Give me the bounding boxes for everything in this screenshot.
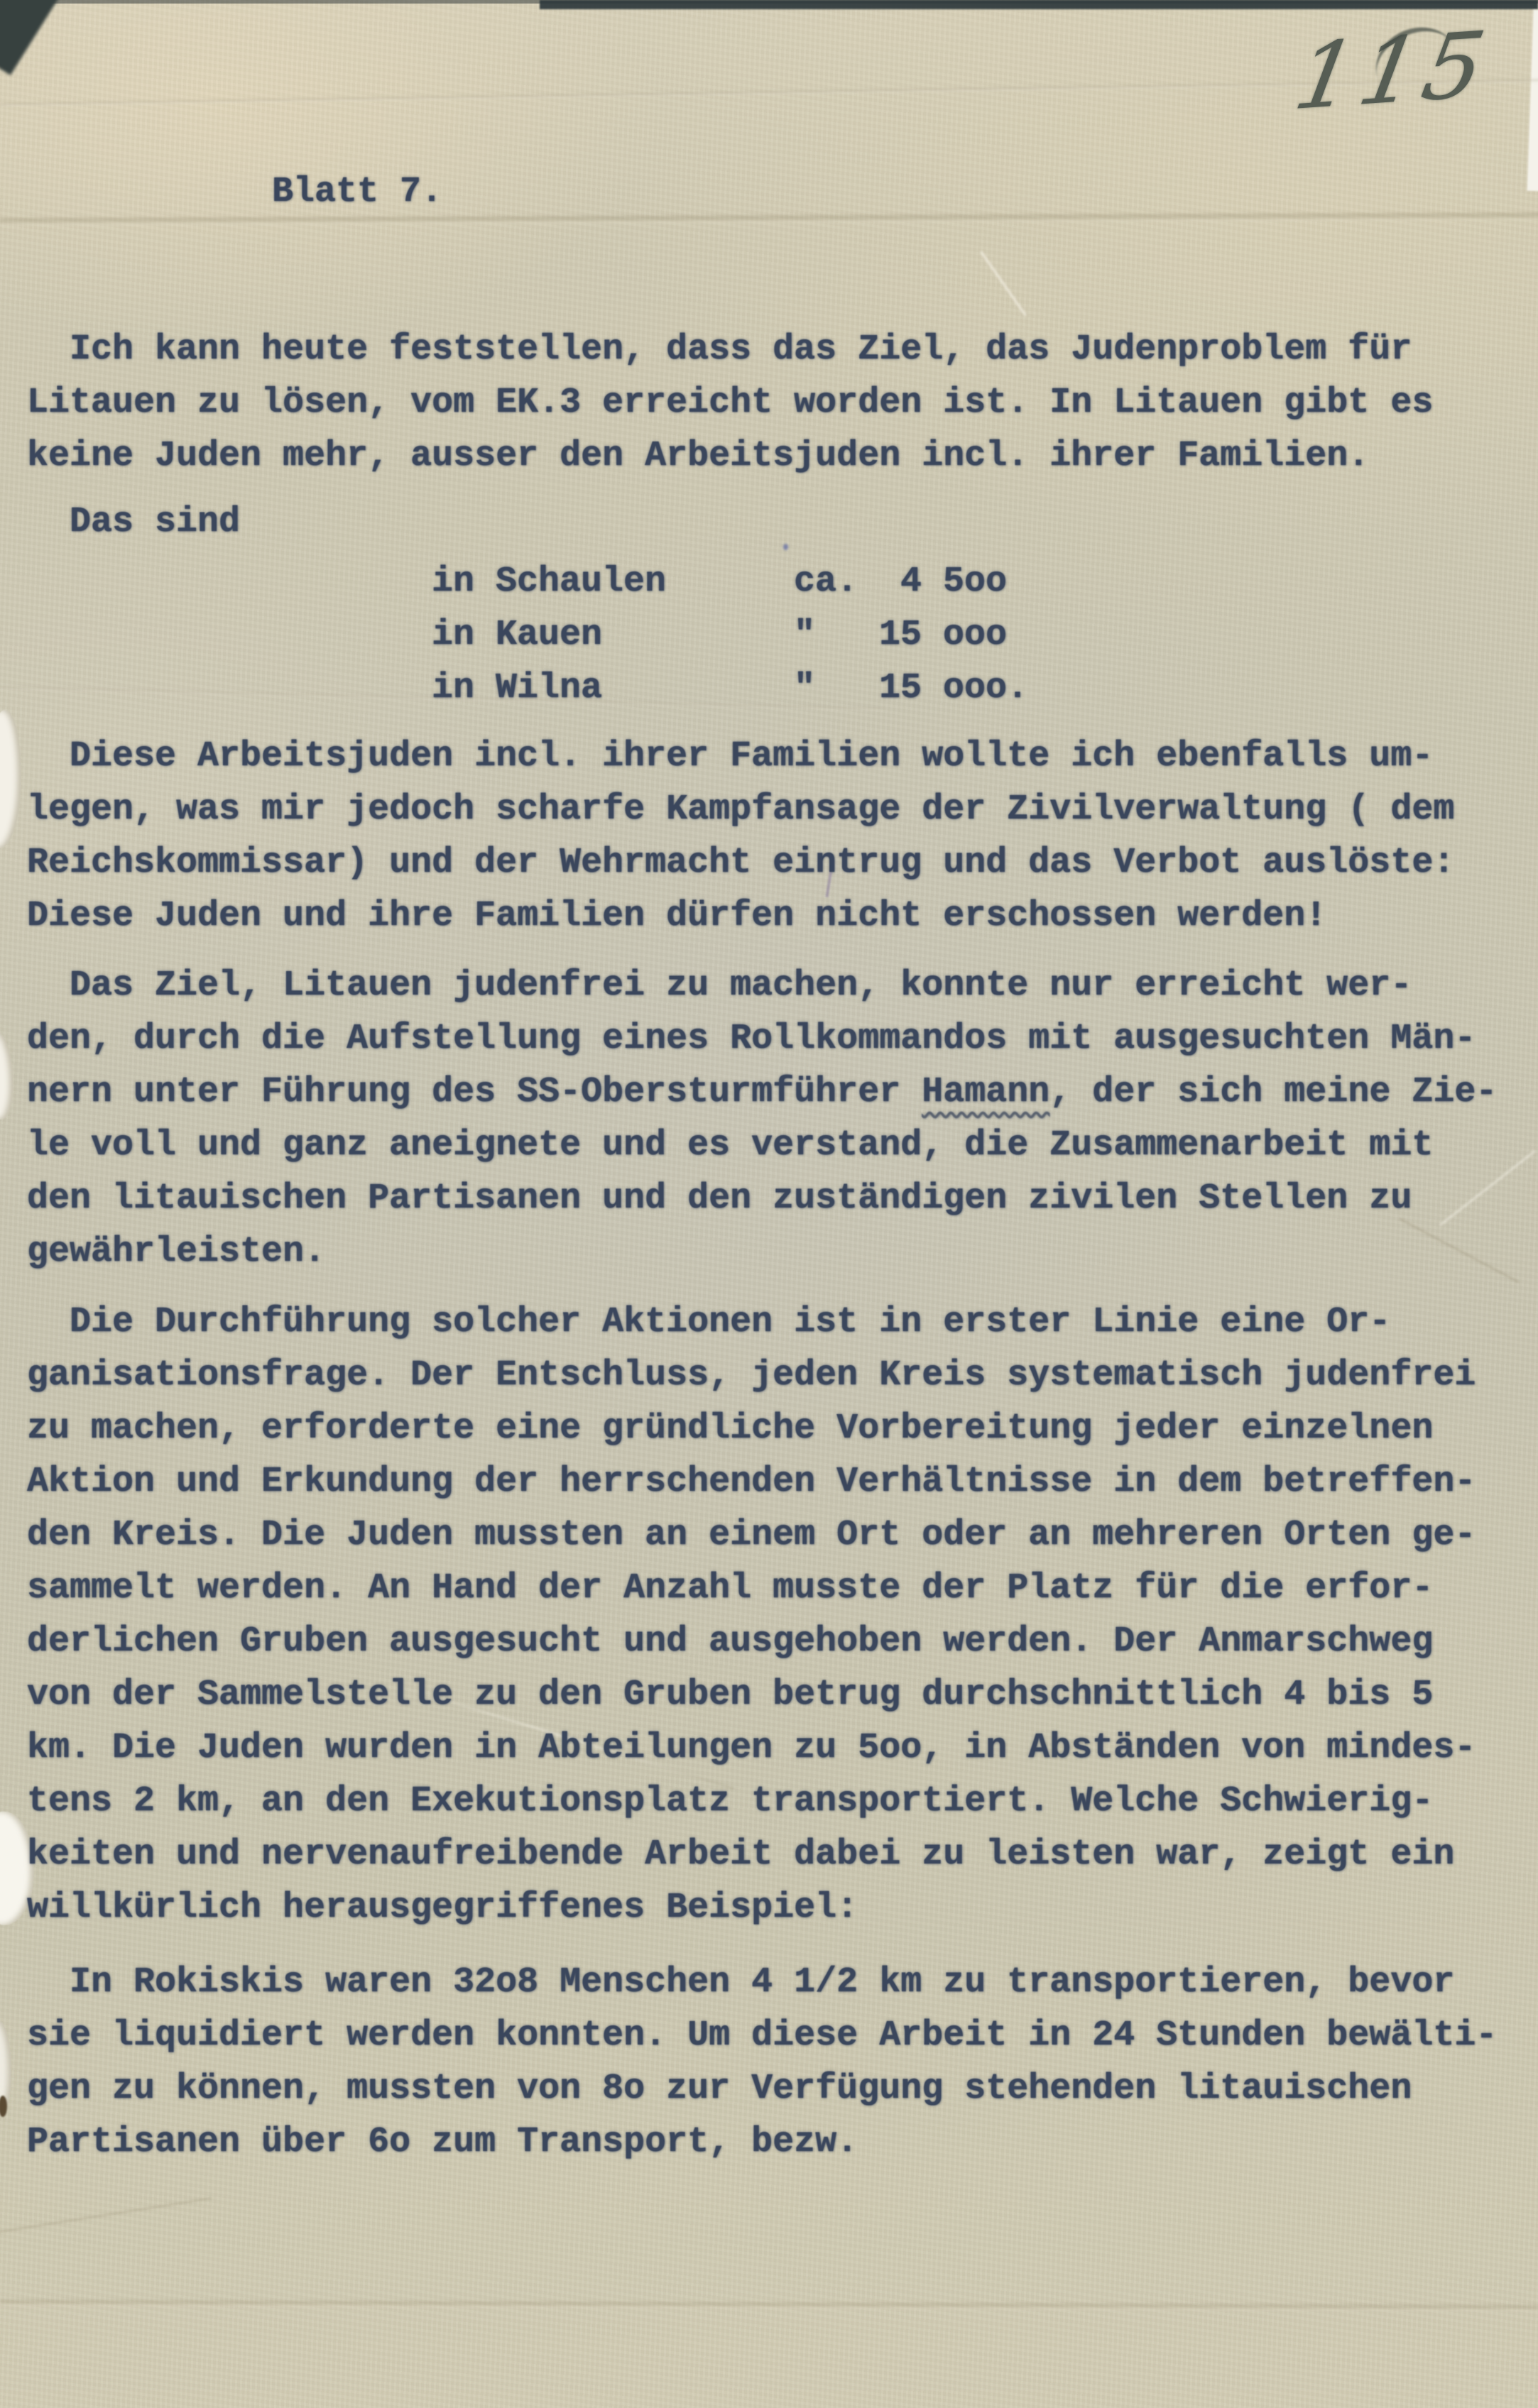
text-line: Diese Juden und ihre Familien dürfen nic… xyxy=(27,890,1538,943)
text-line: ganisationsfrage. Der Entschluss, jeden … xyxy=(27,1349,1538,1402)
text-line: Ich kann heute feststellen, dass das Zie… xyxy=(27,323,1538,376)
text-line: Das Ziel, Litauen judenfrei zu machen, k… xyxy=(27,959,1538,1012)
text-line: den Kreis. Die Juden mussten an einem Or… xyxy=(27,1509,1538,1562)
text-segment: nern unter Führung des SS-Obersturmführe… xyxy=(27,1072,922,1112)
text-segment: , der sich meine Zie- xyxy=(1049,1072,1497,1112)
place-cell: in Wilna xyxy=(432,662,794,715)
text-line: Aktion und Erkundung der herrschenden Ve… xyxy=(27,1455,1538,1509)
text-line: tens 2 km, an den Exekutionsplatz transp… xyxy=(27,1775,1538,1828)
qualifier-cell: " xyxy=(794,608,879,662)
text-line-with-underline: nern unter Führung des SS-Obersturmführe… xyxy=(27,1066,1538,1119)
text-line: Die Durchführung solcher Aktionen ist in… xyxy=(27,1296,1538,1349)
text-line: von der Sammelstelle zu den Gruben betru… xyxy=(27,1668,1538,1722)
jew-count-table: in Schaulen ca. 4 5oo in Kauen " 15 ooo … xyxy=(27,555,1538,715)
count-cell: 4 5oo xyxy=(879,555,1007,608)
text-line: den, durch die Aufstellung eines Rollkom… xyxy=(27,1012,1538,1066)
paragraph-rokiskis: In Rokiskis waren 32o8 Menschen 4 1/2 km… xyxy=(27,1956,1538,2169)
text-line: In Rokiskis waren 32o8 Menschen 4 1/2 km… xyxy=(27,1956,1538,2009)
text-line: km. Die Juden wurden in Abteilungen zu 5… xyxy=(27,1722,1538,1775)
qualifier-cell: " xyxy=(794,662,879,715)
text-line: sie liquidiert werden konnten. Um diese … xyxy=(27,2009,1538,2062)
text-line: sammelt werden. An Hand der Anzahl musst… xyxy=(27,1562,1538,1615)
table-intro-line: Das sind xyxy=(27,496,1538,549)
text-line: keine Juden mehr, ausser den Arbeitsjude… xyxy=(27,429,1538,483)
text-line: den litauischen Partisanen und den zustä… xyxy=(27,1172,1538,1225)
text-line: Partisanen über 6o zum Transport, bezw. xyxy=(27,2116,1538,2169)
text-line: Litauen zu lösen, vom EK.3 erreicht word… xyxy=(27,376,1538,429)
place-cell: in Schaulen xyxy=(432,555,794,608)
paragraph-summary: Ich kann heute feststellen, dass das Zie… xyxy=(27,323,1538,483)
text-line: gen zu können, mussten von 8o zur Verfüg… xyxy=(27,2062,1538,2116)
text-line: gewährleisten. xyxy=(27,1225,1538,1279)
paragraph-rollkommando: Das Ziel, Litauen judenfrei zu machen, k… xyxy=(27,959,1538,1279)
count-table-row: in Wilna " 15 ooo. xyxy=(27,662,1538,715)
paragraph-arbeitsjuden: Diese Arbeitsjuden incl. ihrer Familien … xyxy=(27,730,1538,943)
place-cell: in Kauen xyxy=(432,608,794,662)
text-line: derlichen Gruben ausgesucht und ausgehob… xyxy=(27,1615,1538,1668)
underlined-name-hamann: Hamann xyxy=(922,1072,1049,1112)
count-cell: 15 ooo. xyxy=(879,662,1028,715)
document-page: 115 Blatt 7. Ich kann heute feststellen,… xyxy=(0,0,1538,2408)
sheet-label: Blatt 7. xyxy=(272,165,1538,219)
text-line: Diese Arbeitsjuden incl. ihrer Familien … xyxy=(27,730,1538,783)
text-line: keiten und nervenaufreibende Arbeit dabe… xyxy=(27,1828,1538,1881)
count-cell: 15 ooo xyxy=(879,608,1007,662)
paragraph-durchfuehrung: Die Durchführung solcher Aktionen ist in… xyxy=(27,1296,1538,1934)
count-table-row: in Schaulen ca. 4 5oo xyxy=(27,555,1538,608)
typewritten-text: Blatt 7. Ich kann heute feststellen, das… xyxy=(0,0,1538,2408)
text-line: willkürlich herausgegriffenes Beispiel: xyxy=(27,1881,1538,1934)
text-line: Reichskommissar) und der Wehrmacht eintr… xyxy=(27,836,1538,890)
count-table-row: in Kauen " 15 ooo xyxy=(27,608,1538,662)
qualifier-cell: ca. xyxy=(794,555,879,608)
text-line: legen, was mir jedoch scharfe Kampfansag… xyxy=(27,783,1538,836)
text-line: zu machen, erforderte eine gründliche Vo… xyxy=(27,1402,1538,1455)
text-line: le voll und ganz aneignete und es versta… xyxy=(27,1119,1538,1172)
